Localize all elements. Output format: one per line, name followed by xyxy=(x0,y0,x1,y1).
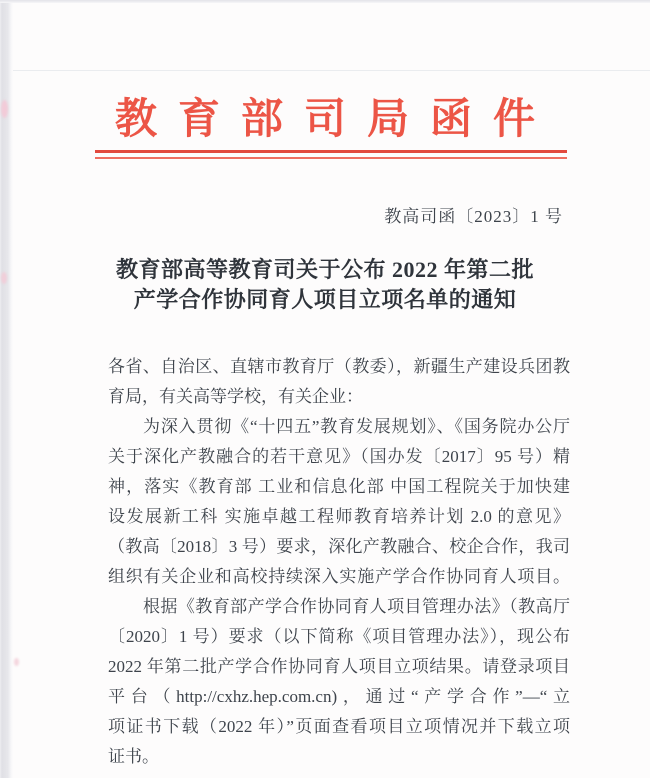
document-title-line2: 产学合作协同育人项目立项名单的通知 xyxy=(0,285,650,315)
scanned-letter-page: 教育部司局函件 教高司函〔2023〕1 号 教育部高等教育司关于公布 2022 … xyxy=(0,0,650,778)
body-line-10: 〔2020〕1 号）要求（以下简称《项目管理办法》），现公布 xyxy=(108,622,570,652)
document-title: 教育部高等教育司关于公布 2022 年第二批 产学合作协同育人项目立项名单的通知 xyxy=(0,255,650,315)
scan-top-edge xyxy=(0,0,650,3)
body-line-3: 为深入贯彻《“十四五”教育发展规划》、《国务院办公厅 xyxy=(108,412,570,442)
body-line-2: 育局，有关高等学校，有关企业： xyxy=(108,382,570,412)
body-line-4: 关于深化产教融合的若干意见》（国办发〔2017〕95 号）精 xyxy=(108,442,570,472)
document-body: 各省、自治区、直辖市教育厅（教委），新疆生产建设兵团教 育局，有关高等学校，有关… xyxy=(108,352,570,772)
separator-thick-line xyxy=(95,150,567,153)
letterhead: 教育部司局函件 xyxy=(0,90,650,142)
body-line-7: （教高〔2018〕3 号）要求，深化产教融合、校企合作，我司 xyxy=(108,532,570,562)
scan-smudge xyxy=(14,658,19,666)
document-number: 教高司函〔2023〕1 号 xyxy=(384,202,563,227)
body-line-12: 平台（http://cxhz.hep.com.cn)，通过“产学合作”—“立 xyxy=(108,682,570,712)
separator-thin-line xyxy=(95,157,567,159)
letterhead-separator xyxy=(95,150,567,160)
document-title-line1: 教育部高等教育司关于公布 2022 年第二批 xyxy=(0,255,650,285)
body-line-1: 各省、自治区、直辖市教育厅（教委），新疆生产建设兵团教 xyxy=(108,352,570,382)
scan-fold-line xyxy=(13,70,650,71)
body-line-8: 组织有关企业和高校持续深入实施产学合作协同育人项目。 xyxy=(108,562,570,592)
body-line-6: 设发展新工科 实施卓越工程师教育培养计划 2.0 的意见》 xyxy=(108,502,570,532)
body-line-5: 神，落实《教育部 工业和信息化部 中国工程院关于加快建 xyxy=(108,472,570,502)
body-line-13: 项证书下载（2022 年）”页面查看项目立项情况并下载立项 xyxy=(108,712,570,742)
body-line-14: 证书。 xyxy=(108,742,570,772)
letterhead-title: 教育部司局函件 xyxy=(115,86,556,146)
body-line-9: 根据《教育部产学合作协同育人项目管理办法》（教高厅 xyxy=(108,592,570,622)
body-line-11: 2022 年第二批产学合作协同育人项目立项结果。请登录项目 xyxy=(108,652,570,682)
